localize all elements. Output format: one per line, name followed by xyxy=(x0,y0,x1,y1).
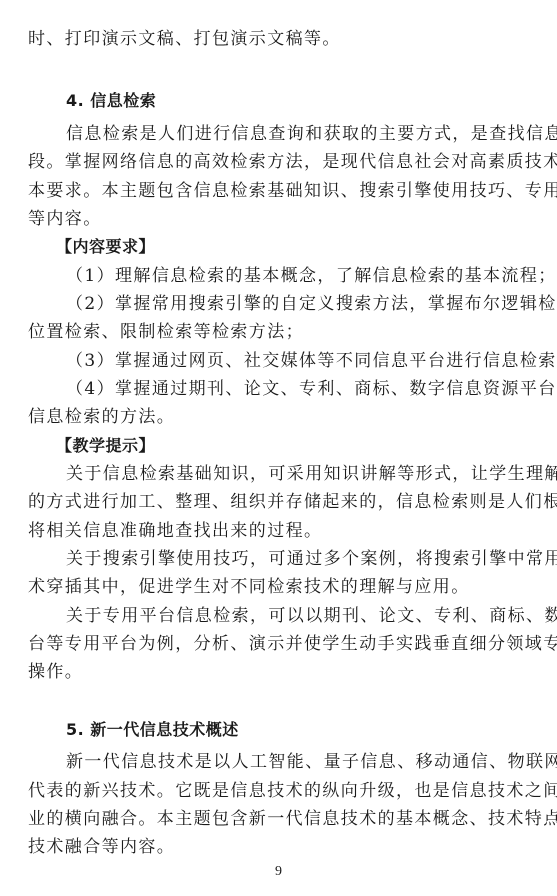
tips-label: 【教学提示】 xyxy=(56,436,552,456)
requirement-item: （2）掌握常用搜索引擎的自定义搜索方法，掌握布尔逻辑检索、截词检索、 xyxy=(66,294,524,314)
paragraph-line: 等内容。 xyxy=(28,209,524,229)
section-title-5: 5. 新一代信息技术概述 xyxy=(66,720,524,740)
requirement-item: （1）理解信息检索的基本概念，了解信息检索的基本流程； xyxy=(66,266,524,286)
tip-line: 关于信息检索基础知识，可采用知识讲解等形式，让学生理解信息是按一定 xyxy=(66,464,524,484)
tip-line: 操作。 xyxy=(28,662,524,682)
requirements-label: 【内容要求】 xyxy=(56,237,552,257)
requirement-item: （4）掌握通过期刊、论文、专利、商标、数字信息资源平台等专用平台进行 xyxy=(66,379,524,399)
tip-line: 术穿插其中，促进学生对不同检索技术的理解与应用。 xyxy=(28,577,524,597)
paragraph-line: 本要求。本主题包含信息检索基础知识、搜索引擎使用技巧、专用平台信息检索 xyxy=(28,181,524,201)
tip-line: 的方式进行加工、整理、组织并存储起来的，信息检索则是人们根据特定的需要 xyxy=(28,492,524,512)
tip-line: 关于专用平台信息检索，可以以期刊、论文、专利、商标、数字信息资源平 xyxy=(66,606,524,626)
page-number: 9 xyxy=(0,864,557,880)
tip-line: 关于搜索引擎使用技巧，可通过多个案例，将搜索引擎中常用的信息检索技 xyxy=(66,549,524,569)
requirement-item-cont: 信息检索的方法。 xyxy=(28,407,524,427)
paragraph-line: 代表的新兴技术。它既是信息技术的纵向升级，也是信息技术之间及其与相关产 xyxy=(28,781,524,801)
paragraph-line: 信息检索是人们进行信息查询和获取的主要方式，是查找信息的方法和手 xyxy=(66,124,524,144)
paragraph-line: 段。掌握网络信息的高效检索方法，是现代信息社会对高素质技术技能人才的基 xyxy=(28,152,524,172)
tip-line: 台等专用平台为例，分析、演示并使学生动手实践垂直细分领域专用平台的检索 xyxy=(28,634,524,654)
tip-line: 将相关信息准确地查找出来的过程。 xyxy=(28,521,524,541)
requirement-item: （3）掌握通过网页、社交媒体等不同信息平台进行信息检索的方法； xyxy=(66,351,524,371)
paragraph-line: 技术融合等内容。 xyxy=(28,837,524,857)
requirement-item-cont: 位置检索、限制检索等检索方法； xyxy=(28,322,524,342)
continuation-line: 时、打印演示文稿、打包演示文稿等。 xyxy=(28,29,524,49)
paragraph-line: 新一代信息技术是以人工智能、量子信息、移动通信、物联网、区块链等为 xyxy=(66,752,524,772)
section-title-4: 4. 信息检索 xyxy=(66,91,524,111)
paragraph-line: 业的横向融合。本主题包含新一代信息技术的基本概念、技术特点、典型应用、 xyxy=(28,809,524,829)
